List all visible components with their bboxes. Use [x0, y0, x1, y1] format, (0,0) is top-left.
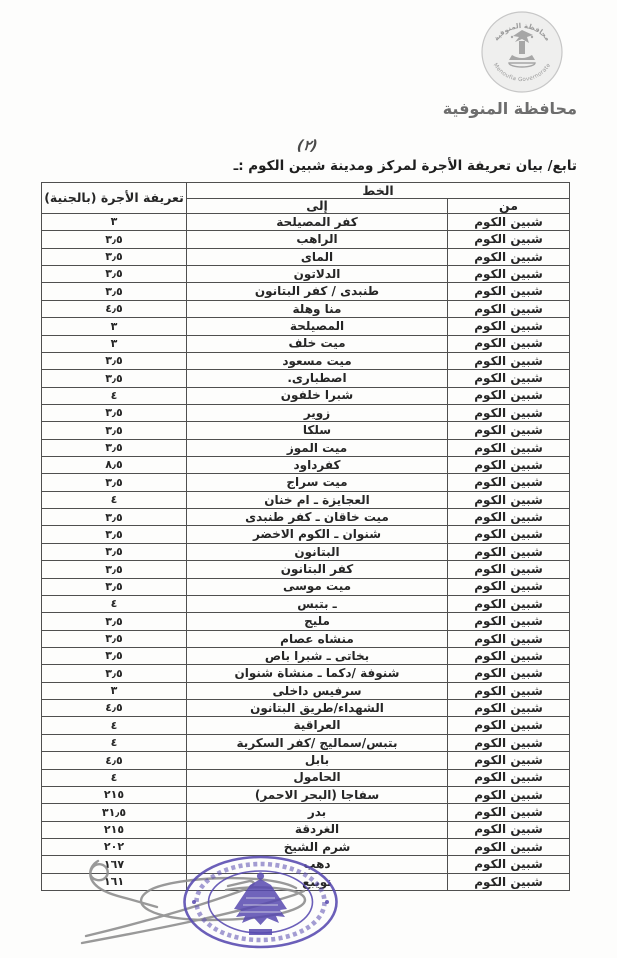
to-cell: طنبدى / كفر البتانون	[187, 283, 448, 300]
governorate-logo: محافظة المنوفية Menoufia Governorate	[480, 10, 564, 94]
document-page: محافظة المنوفية Menoufia Governorate محا…	[0, 0, 617, 958]
from-cell: شبين الكوم	[448, 700, 570, 717]
from-cell: شبين الكوم	[448, 647, 570, 664]
to-cell: ميت خلف	[187, 335, 448, 352]
from-cell: شبين الكوم	[448, 491, 570, 508]
from-cell: شبين الكوم	[448, 595, 570, 612]
table-row: شبين الكومالمصيلحة٣	[42, 318, 570, 335]
to-cell: الشهداء/طريق البتانون	[187, 700, 448, 717]
to-cell: البتانون	[187, 543, 448, 560]
from-cell: شبين الكوم	[448, 578, 570, 595]
to-cell: سفاجا (البحر الاحمر)	[187, 786, 448, 803]
table-row: شبين الكومالشهداء/طريق البتانون٤٫٥	[42, 700, 570, 717]
to-cell: ميت الموز	[187, 439, 448, 456]
fare-cell: ٤	[42, 734, 187, 751]
page-number: (٢)	[296, 138, 319, 154]
fare-cell: ٤٫٥	[42, 752, 187, 769]
fare-cell: ٣٫٥	[42, 404, 187, 421]
fare-cell: ٨٫٥	[42, 457, 187, 474]
to-cell: الغردقة	[187, 821, 448, 838]
table-row: شبين الكومسفاجا (البحر الاحمر)٢١٥	[42, 786, 570, 803]
table-row: شبين الكومـ بتبس٤	[42, 595, 570, 612]
to-cell: الماى	[187, 248, 448, 265]
to-cell: ـ بتبس	[187, 595, 448, 612]
table-row: شبين الكومسلكا٣٫٥	[42, 422, 570, 439]
table-row: شبين الكومكفر المصيلحة٣	[42, 214, 570, 231]
from-cell: شبين الكوم	[448, 404, 570, 421]
table-row: شبين الكوممليج٣٫٥	[42, 613, 570, 630]
from-cell: شبين الكوم	[448, 231, 570, 248]
table-row: شبين الكومسرفيس داخلى٣	[42, 682, 570, 699]
to-cell: سلكا	[187, 422, 448, 439]
table-row: شبين الكومالحامول٤	[42, 769, 570, 786]
fare-cell: ٣٫٥	[42, 543, 187, 560]
fare-cell: ٣٫٥	[42, 439, 187, 456]
fare-cell: ٣٫٥	[42, 370, 187, 387]
fare-cell: ٣٫٥	[42, 248, 187, 265]
fare-cell: ٣٫٥	[42, 231, 187, 248]
from-cell: شبين الكوم	[448, 283, 570, 300]
fare-header: تعريفة الأجرة (بالجنية)	[42, 183, 187, 214]
from-cell: شبين الكوم	[448, 300, 570, 317]
from-cell: شبين الكوم	[448, 613, 570, 630]
fare-cell: ٤	[42, 387, 187, 404]
table-row: شبين الكومالعراقية٤	[42, 717, 570, 734]
table-row: شبين الكوممنا وهلة٤٫٥	[42, 300, 570, 317]
signature-curl	[90, 861, 157, 907]
from-cell: شبين الكوم	[448, 717, 570, 734]
table-row: شبين الكومالماى٣٫٥	[42, 248, 570, 265]
table-row: شبين الكومبتبس/سماليج /كفر السكرية٤	[42, 734, 570, 751]
from-cell: شبين الكوم	[448, 370, 570, 387]
table-row: شبين الكوماصطبارى.٣٫٥	[42, 370, 570, 387]
table-row: شبين الكومبابل٤٫٥	[42, 752, 570, 769]
table-row: شبين الكومميت موسى٣٫٥	[42, 578, 570, 595]
table-row: شبين الكومالعجايزة ـ ام خنان٤	[42, 491, 570, 508]
to-cell: الحامول	[187, 769, 448, 786]
table-row: شبين الكومشنوفة /دكما ـ منشاة شنوان٣٫٥	[42, 665, 570, 682]
from-cell: شبين الكوم	[448, 665, 570, 682]
fare-cell: ٤	[42, 595, 187, 612]
fare-cell: ٣٫٥	[42, 578, 187, 595]
to-cell: بابل	[187, 752, 448, 769]
fare-table-body: شبين الكومكفر المصيلحة٣شبين الكومالراهب٣…	[42, 214, 570, 891]
table-row: شبين الكومبدر٣١٫٥	[42, 804, 570, 821]
from-cell: شبين الكوم	[448, 474, 570, 491]
from-cell: شبين الكوم	[448, 214, 570, 231]
fare-cell: ٣٫٥	[42, 422, 187, 439]
fare-table: الخط تعريفة الأجرة (بالجنية) من إلى شبين…	[41, 182, 570, 891]
fare-cell: ٣٫٥	[42, 266, 187, 283]
fare-cell: ٣٫٥	[42, 509, 187, 526]
fare-cell: ٣٫٥	[42, 474, 187, 491]
fare-cell: ٢١٥	[42, 821, 187, 838]
table-row: شبين الكومشنوان ـ الكوم الاخضر٣٫٥	[42, 526, 570, 543]
to-cell: مليج	[187, 613, 448, 630]
fare-cell: ٢١٥	[42, 786, 187, 803]
from-cell: شبين الكوم	[448, 457, 570, 474]
table-row: شبين الكومميت مسعود٣٫٥	[42, 352, 570, 369]
to-cell: كفر البتانون	[187, 561, 448, 578]
from-cell: شبين الكوم	[448, 821, 570, 838]
to-cell: شنوفة /دكما ـ منشاة شنوان	[187, 665, 448, 682]
to-cell: الدلاتون	[187, 266, 448, 283]
fare-cell: ٣٫٥	[42, 665, 187, 682]
from-cell: شبين الكوم	[448, 561, 570, 578]
from-cell: شبين الكوم	[448, 387, 570, 404]
fare-cell: ٤٫٥	[42, 300, 187, 317]
to-cell: ميت موسى	[187, 578, 448, 595]
from-cell: شبين الكوم	[448, 439, 570, 456]
from-cell: شبين الكوم	[448, 804, 570, 821]
to-cell: كفرداود	[187, 457, 448, 474]
line-header: الخط	[187, 183, 570, 199]
to-cell: ميت سراج	[187, 474, 448, 491]
table-row: شبين الكومميت سراج٣٫٥	[42, 474, 570, 491]
fare-cell: ٣٫٥	[42, 647, 187, 664]
fare-cell: ٣٫٥	[42, 630, 187, 647]
fare-cell: ٤	[42, 769, 187, 786]
to-cell: منا وهلة	[187, 300, 448, 317]
table-row: شبين الكومزوير٣٫٥	[42, 404, 570, 421]
to-cell: بتبس/سماليج /كفر السكرية	[187, 734, 448, 751]
from-cell: شبين الكوم	[448, 630, 570, 647]
to-cell: شبرا خلفون	[187, 387, 448, 404]
to-cell: سرفيس داخلى	[187, 682, 448, 699]
fare-cell: ٣٫٥	[42, 613, 187, 630]
to-header: إلى	[187, 199, 448, 214]
from-cell: شبين الكوم	[448, 335, 570, 352]
from-cell: شبين الكوم	[448, 526, 570, 543]
to-cell: بدر	[187, 804, 448, 821]
table-row: شبين الكومالغردقة٢١٥	[42, 821, 570, 838]
from-cell: شبين الكوم	[448, 422, 570, 439]
to-cell: بخاتى ـ شبرا باص	[187, 647, 448, 664]
from-cell: شبين الكوم	[448, 682, 570, 699]
from-cell: شبين الكوم	[448, 769, 570, 786]
fare-cell: ٣	[42, 318, 187, 335]
from-cell: شبين الكوم	[448, 543, 570, 560]
fare-cell: ٤	[42, 717, 187, 734]
to-cell: شنوان ـ الكوم الاخضر	[187, 526, 448, 543]
table-row: شبين الكومالراهب٣٫٥	[42, 231, 570, 248]
fare-cell: ٣	[42, 214, 187, 231]
table-row: شبين الكومطنبدى / كفر البتانون٣٫٥	[42, 283, 570, 300]
fare-cell: ٣٫٥	[42, 526, 187, 543]
from-cell: شبين الكوم	[448, 352, 570, 369]
to-cell: العراقية	[187, 717, 448, 734]
table-row: شبين الكومالبتانون٣٫٥	[42, 543, 570, 560]
table-row: شبين الكومكفرداود٨٫٥	[42, 457, 570, 474]
from-cell: شبين الكوم	[448, 509, 570, 526]
from-cell: شبين الكوم	[448, 752, 570, 769]
to-cell: منشاه عصام	[187, 630, 448, 647]
table-row: شبين الكومميت خاقان ـ كفر طنبدى٣٫٥	[42, 509, 570, 526]
from-cell: شبين الكوم	[448, 786, 570, 803]
official-stamp	[180, 852, 341, 952]
fare-cell: ٤٫٥	[42, 700, 187, 717]
fare-cell: ٣١٫٥	[42, 804, 187, 821]
to-cell: كفر المصيلحة	[187, 214, 448, 231]
to-cell: ميت خاقان ـ كفر طنبدى	[187, 509, 448, 526]
table-row: شبين الكومبخاتى ـ شبرا باص٣٫٥	[42, 647, 570, 664]
table-row: شبين الكومالدلاتون٣٫٥	[42, 266, 570, 283]
table-row: شبين الكومكفر البتانون٣٫٥	[42, 561, 570, 578]
from-cell: شبين الكوم	[448, 266, 570, 283]
fare-cell: ٣	[42, 335, 187, 352]
to-cell: الراهب	[187, 231, 448, 248]
from-cell: شبين الكوم	[448, 318, 570, 335]
fare-cell: ٣٫٥	[42, 352, 187, 369]
fare-cell: ٣	[42, 682, 187, 699]
to-cell: زوير	[187, 404, 448, 421]
from-cell: شبين الكوم	[448, 248, 570, 265]
from-cell: شبين الكوم	[448, 734, 570, 751]
to-cell: اصطبارى.	[187, 370, 448, 387]
table-row: شبين الكومميت الموز٣٫٥	[42, 439, 570, 456]
table-caption: تابع/ بيان تعريفة الأجرة لمركز ومدينة شب…	[234, 158, 577, 174]
fare-cell: ٤	[42, 491, 187, 508]
governorate-title: محافظة المنوفية	[443, 99, 577, 118]
table-row: شبين الكومشبرا خلفون٤	[42, 387, 570, 404]
to-cell: العجايزة ـ ام خنان	[187, 491, 448, 508]
to-cell: المصيلحة	[187, 318, 448, 335]
fare-cell: ٣٫٥	[42, 561, 187, 578]
table-row: شبين الكومميت خلف٣	[42, 335, 570, 352]
from-header: من	[448, 199, 570, 214]
table-row: شبين الكوممنشاه عصام٣٫٥	[42, 630, 570, 647]
fare-cell: ٣٫٥	[42, 283, 187, 300]
to-cell: ميت مسعود	[187, 352, 448, 369]
